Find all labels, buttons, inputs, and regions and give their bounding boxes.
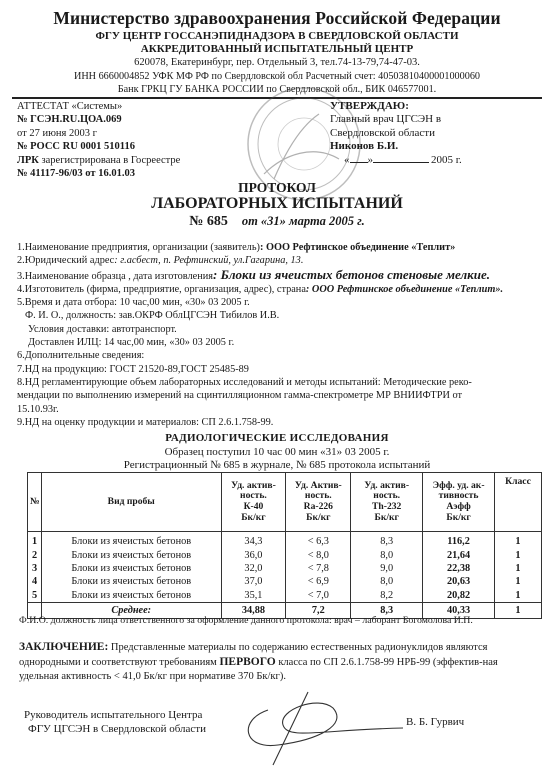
table-header-row: №Вид пробыУд. актив-ность.К-40Бк/кгУд. А… — [28, 473, 542, 532]
protocol-subtitle: ЛАБОРАТОРНЫХ ИСПЫТАНИЙ — [0, 195, 554, 213]
ra226-activity: < 6,9 — [286, 575, 351, 588]
date-quote-close: » — [368, 154, 374, 166]
column-header: Уд. актив-ность.К-40Бк/кг — [221, 473, 286, 532]
row-number: 4 — [28, 575, 42, 588]
row-number: 5 — [28, 589, 42, 603]
item-value: : Блоки из ячеистых бетонов стеновые мел… — [213, 267, 490, 282]
item-delivered: Доставлен ИЛЦ: 14 час,00 мин, «30» 03 20… — [17, 336, 542, 349]
item-additional-info: 6.Дополнительные сведения: — [17, 349, 542, 362]
column-header: Уд. Актив-ность.Ra-226Бк/кг — [286, 473, 351, 532]
table-row: 3Блоки из ячеистых бетонов32,0< 7,89,022… — [28, 562, 542, 575]
k40-activity: 37,0 — [221, 575, 286, 588]
th232-activity: 9,0 — [351, 562, 423, 575]
item-value: : ООО Рефтинское объединение «Теплит». — [306, 284, 503, 295]
class-value: 1 — [495, 548, 542, 561]
item-label: 4.Изготовитель (фирма, предприятие, орга… — [17, 284, 306, 295]
attestat-number: № ГСЭН.RU.ЦОА.069 — [17, 113, 180, 126]
item-delivery-conditions: Условия доставки: автотранспорт. — [17, 323, 542, 336]
accredited-center: АККРЕДИТОВАННЫЙ ИСПЫТАТЕЛЬНЫЙ ЦЕНТР — [0, 43, 554, 55]
table-row: 5Блоки из ячеистых бетонов35,1< 7,08,220… — [28, 589, 542, 603]
sample-received: Образец поступил 10 час 00 мин «31» 03 2… — [0, 446, 554, 458]
column-header: Уд. актив-ность.Th-232Бк/кг — [351, 473, 423, 532]
class-value: 1 — [495, 532, 542, 549]
responsible-person: Ф.И.О. должность лица ответственного за … — [19, 615, 473, 626]
ra226-activity: < 7,8 — [286, 562, 351, 575]
k40-activity: 32,0 — [221, 562, 286, 575]
protocol-date: от «31» марта 2005 г. — [242, 214, 365, 228]
conclusion: ЗАКЛЮЧЕНИЕ: Представленные материалы по … — [19, 640, 539, 685]
avg-class: 1 — [495, 602, 542, 618]
effective-activity: 116,2 — [423, 532, 495, 549]
effective-activity: 22,38 — [423, 562, 495, 575]
sample-type: Блоки из ячеистых бетонов — [41, 575, 221, 588]
th232-activity: 8,3 — [351, 532, 423, 549]
sample-type: Блоки из ячеистых бетонов — [41, 589, 221, 603]
item-product-standard: 7.НД на продукцию: ГОСТ 21520-89,ГОСТ 25… — [17, 363, 542, 376]
class-value: 1 — [495, 575, 542, 588]
item-evaluation-standard: 9.НД на оценку продукции и материалов: С… — [17, 416, 542, 429]
approval-heading: УТВЕРЖДАЮ: — [330, 100, 462, 113]
item-legal-address: 2.Юридический адрес: г.асбест, п. Рефтин… — [17, 254, 542, 267]
class-value: 1 — [495, 562, 542, 575]
lrk-label: ЛРК — [17, 155, 39, 166]
th232-activity: 8,0 — [351, 548, 423, 561]
column-header: Эфф. уд. ак-тивностьАэффБк/кг — [423, 473, 495, 532]
inn-line: ИНН 6660004852 УФК МФ РФ по Свердловской… — [0, 71, 554, 82]
conclusion-class: ПЕРВОГО — [219, 656, 275, 668]
ra226-activity: < 7,0 — [286, 589, 351, 603]
approval-name: Никонов Б.И. — [330, 140, 462, 153]
table-row: 4Блоки из ячеистых бетонов37,0< 6,98,020… — [28, 575, 542, 588]
sample-type: Блоки из ячеистых бетонов — [41, 532, 221, 549]
ra226-activity: < 8,0 — [286, 548, 351, 561]
k40-activity: 34,3 — [221, 532, 286, 549]
head-position: Руководитель испытательного Центра ФГУ Ц… — [24, 708, 206, 736]
registration-line: Регистрационный № 685 в журнале, № 685 п… — [0, 459, 554, 471]
item-applicant: 1.Наименование предприятия, организации … — [17, 241, 542, 254]
row-number: 1 — [28, 532, 42, 549]
column-header: № — [28, 473, 42, 532]
approval-position-2: Свердловской области — [330, 127, 462, 140]
item-label: 2.Юридический адрес — [17, 255, 114, 266]
item-value: : г.асбест, п. Рефтинский, ул.Гагарина, … — [114, 255, 303, 266]
head-position-line-1: Руководитель испытательного Центра — [24, 708, 206, 722]
approval-position-1: Главный врач ЦГСЭН в — [330, 113, 462, 126]
class-value: 1 — [495, 589, 542, 603]
sample-type: Блоки из ячеистых бетонов — [41, 562, 221, 575]
item-label: 1.Наименование предприятия, организации … — [17, 242, 260, 253]
table-row: 1Блоки из ячеистых бетонов34,3< 6,38,311… — [28, 532, 542, 549]
item-manufacturer: 4.Изготовитель (фирма, предприятие, орга… — [17, 283, 542, 296]
row-number: 2 — [28, 548, 42, 561]
date-quote-open: « — [344, 154, 350, 166]
protocol-items: 1.Наименование предприятия, организации … — [17, 241, 542, 429]
table-body: 1Блоки из ячеистых бетонов34,3< 6,38,311… — [28, 532, 542, 619]
radiology-title: РАДИОЛОГИЧЕСКИЕ ИССЛЕДОВАНИЯ — [0, 432, 554, 444]
ministry-heading: Министерство здравоохранения Российской … — [0, 8, 554, 29]
lrk-registration: ЛРК зарегистрирована в Госреестре — [17, 154, 180, 167]
item-sampler: Ф. И. О., должность: зав.ОКРФ ОблЦГСЭН Т… — [17, 309, 542, 322]
results-table: №Вид пробыУд. актив-ность.К-40Бк/кгУд. А… — [27, 472, 542, 619]
effective-activity: 20,63 — [423, 575, 495, 588]
effective-activity: 21,64 — [423, 548, 495, 561]
approval-date: «»2005 г. — [330, 154, 462, 167]
ra226-activity: < 6,3 — [286, 532, 351, 549]
ross-number: № РОСС RU 0001 510116 — [17, 140, 180, 153]
sample-type: Блоки из ячеистых бетонов — [41, 548, 221, 561]
lrk-text: зарегистрирована в Госреестре — [39, 155, 180, 166]
item-value: : ООО Рефтинское объединение «Теплит» — [260, 242, 455, 253]
item-methods-2: мендации по выполнению измерений на сцин… — [17, 389, 542, 402]
protocol-title: ПРОТОКОЛ — [0, 180, 554, 196]
protocol-number: № 685 — [189, 214, 228, 229]
item-sampling-time: 5.Время и дата отбора: 10 час,00 мин, «3… — [17, 296, 542, 309]
attestat-block: АТТЕСТАТ «Системы» № ГСЭН.RU.ЦОА.069 от … — [17, 100, 180, 180]
k40-activity: 35,1 — [221, 589, 286, 603]
k40-activity: 36,0 — [221, 548, 286, 561]
item-label: 3.Наименование образца , дата изготовлен… — [17, 271, 213, 282]
signature-icon — [238, 690, 408, 770]
address-line: 620078, Екатеринбург, пер. Отдельный 3, … — [0, 57, 554, 68]
signatory-name: В. Б. Гурвич — [406, 716, 464, 728]
attestat-title: АТТЕСТАТ «Системы» — [17, 100, 180, 113]
registry-number: № 41117-96/03 от 16.01.03 — [17, 167, 180, 180]
item-methods-1: 8.НД регламентирующие объем лабораторных… — [17, 376, 542, 389]
approval-block: УТВЕРЖДАЮ: Главный врач ЦГСЭН в Свердлов… — [330, 100, 462, 167]
row-number: 3 — [28, 562, 42, 575]
th232-activity: 8,0 — [351, 575, 423, 588]
approval-year: 2005 г. — [431, 154, 462, 166]
table-row: 2Блоки из ячеистых бетонов36,0< 8,08,021… — [28, 548, 542, 561]
attestat-date: от 27 июня 2003 г — [17, 127, 180, 140]
column-header: Вид пробы — [41, 473, 221, 532]
item-methods-3: 15.10.93г. — [17, 403, 542, 416]
organization-name: ФГУ ЦЕНТР ГОССАНЭПИДНАДЗОРА В СВЕРДЛОВСК… — [0, 30, 554, 42]
protocol-number-line: № 685от «31» марта 2005 г. — [0, 214, 554, 230]
th232-activity: 8,2 — [351, 589, 423, 603]
head-position-line-2: ФГУ ЦГСЭН в Свердловской области — [24, 722, 206, 736]
column-header: Класс — [495, 473, 542, 532]
conclusion-label: ЗАКЛЮЧЕНИЕ: — [19, 641, 108, 653]
effective-activity: 20,82 — [423, 589, 495, 603]
item-sample-name: 3.Наименование образца , дата изготовлен… — [17, 268, 542, 283]
